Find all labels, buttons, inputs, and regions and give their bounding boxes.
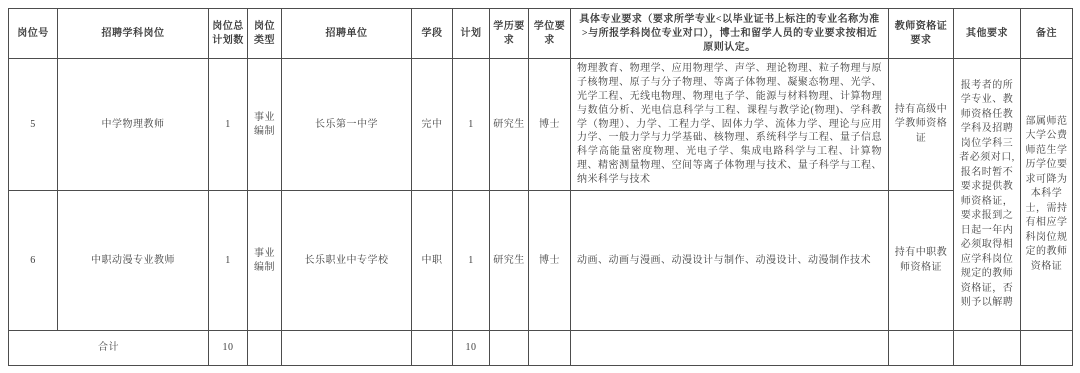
empty-cell — [1021, 331, 1073, 366]
cell-post-type: 事业编制 — [248, 59, 282, 191]
header-degree: 学位要求 — [529, 9, 571, 59]
cell-stage: 中职 — [412, 191, 453, 331]
cell-subject: 中学物理教师 — [58, 59, 209, 191]
header-plan: 计划 — [453, 9, 490, 59]
total-label: 合计 — [9, 331, 209, 366]
header-post-type: 岗位类型 — [248, 9, 282, 59]
total-plan-sum: 10 — [209, 331, 248, 366]
cell-remarks: 部属师范大学公费师范生学历学位要求可降为本科学士，需持有相应学科岗位规定的教师资… — [1021, 59, 1073, 331]
plan-sum: 10 — [453, 331, 490, 366]
cell-employer: 长乐职业中专学校 — [282, 191, 412, 331]
cell-post-type: 事业编制 — [248, 191, 282, 331]
empty-cell — [529, 331, 571, 366]
recruitment-table: 岗位号 招聘学科岗位 岗位总计划数 岗位类型 招聘单位 学段 计划 学历要求 学… — [8, 8, 1073, 366]
header-row: 岗位号 招聘学科岗位 岗位总计划数 岗位类型 招聘单位 学段 计划 学历要求 学… — [9, 9, 1073, 59]
cell-majors: 动画、动画与漫画、动漫设计与制作、动漫设计、动漫制作技术 — [571, 191, 889, 331]
empty-cell — [248, 331, 282, 366]
empty-cell — [889, 331, 954, 366]
header-education: 学历要求 — [490, 9, 529, 59]
cell-plan: 1 — [453, 191, 490, 331]
cell-education: 研究生 — [490, 191, 529, 331]
table-row: 6 中职动漫专业教师 1 事业编制 长乐职业中专学校 中职 1 研究生 博士 动… — [9, 191, 1073, 331]
header-stage: 学段 — [412, 9, 453, 59]
header-employer: 招聘单位 — [282, 9, 412, 59]
total-row: 合计 10 10 — [9, 331, 1073, 366]
header-other: 其他要求 — [954, 9, 1021, 59]
cell-post-no: 5 — [9, 59, 58, 191]
cell-subject: 中职动漫专业教师 — [58, 191, 209, 331]
cell-total-plan: 1 — [209, 191, 248, 331]
empty-cell — [571, 331, 889, 366]
empty-cell — [412, 331, 453, 366]
cell-total-plan: 1 — [209, 59, 248, 191]
header-cert: 教师资格证要求 — [889, 9, 954, 59]
cell-plan: 1 — [453, 59, 490, 191]
cell-degree: 博士 — [529, 191, 571, 331]
header-majors: 具体专业要求（要求所学专业<以毕业证书上标注的专业名称为准>与所报学科岗位专业对… — [571, 9, 889, 59]
cell-cert: 持有中职教师资格证 — [889, 191, 954, 331]
header-post-no: 岗位号 — [9, 9, 58, 59]
cell-education: 研究生 — [490, 59, 529, 191]
header-remarks: 备注 — [1021, 9, 1073, 59]
empty-cell — [282, 331, 412, 366]
cell-other-requirements: 报考者的所学专业、教师资格任教学科及招聘岗位学科三者必须对口,报名时暂不要求提供… — [954, 59, 1021, 331]
empty-cell — [490, 331, 529, 366]
cell-employer: 长乐第一中学 — [282, 59, 412, 191]
table-row: 5 中学物理教师 1 事业编制 长乐第一中学 完中 1 研究生 博士 物理教育、… — [9, 59, 1073, 191]
cell-degree: 博士 — [529, 59, 571, 191]
cell-stage: 完中 — [412, 59, 453, 191]
header-subject: 招聘学科岗位 — [58, 9, 209, 59]
cell-post-no: 6 — [9, 191, 58, 331]
cell-majors: 物理教育、物理学、应用物理学、声学、理论物理、粒子物理与原子核物理、原子与分子物… — [571, 59, 889, 191]
header-total-plan: 岗位总计划数 — [209, 9, 248, 59]
cell-cert: 持有高级中学教师资格证 — [889, 59, 954, 191]
empty-cell — [954, 331, 1021, 366]
